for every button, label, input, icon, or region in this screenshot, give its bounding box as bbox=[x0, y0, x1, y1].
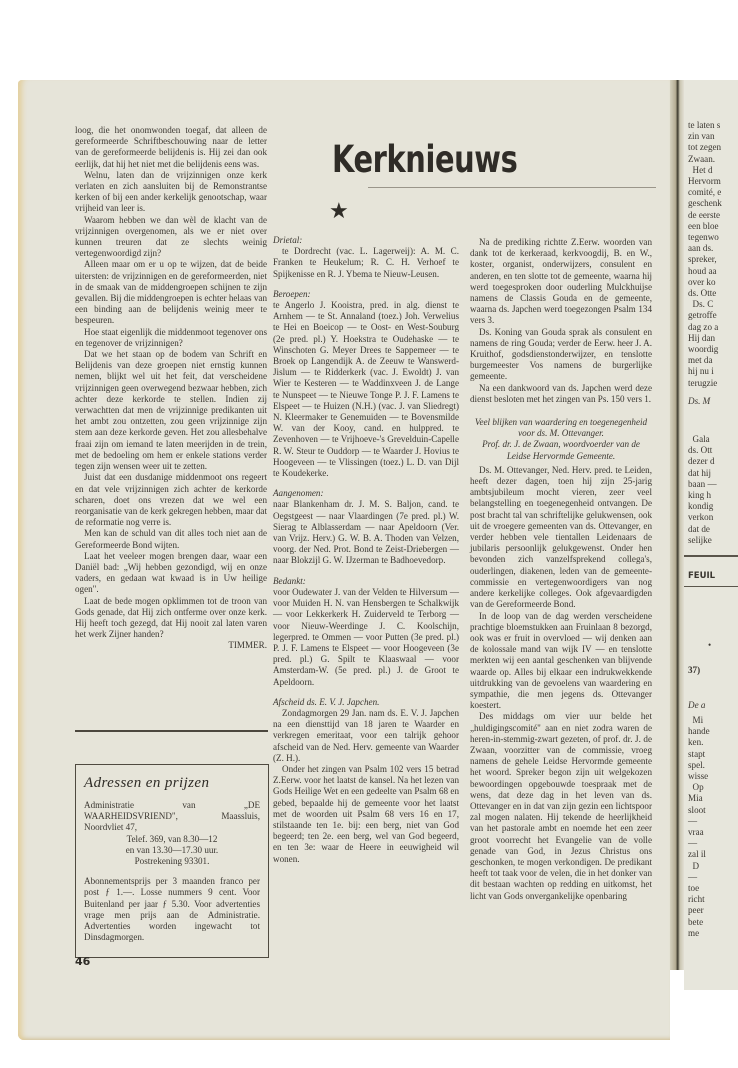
article-subheading-zwaan: Prof. dr. J. de Zwaan, woordvoerder van … bbox=[470, 439, 652, 461]
paragraph: Alleen maar om er u op te wijzen, dat de… bbox=[75, 259, 267, 326]
feuilleton-label: FEUIL bbox=[688, 571, 715, 581]
paragraph: Juist dat een dusdanige middenmoot ons r… bbox=[75, 472, 267, 528]
text-line-fragment: sloot bbox=[688, 805, 710, 816]
text-line-fragment: Mi bbox=[688, 715, 710, 726]
next-page-italic-line-2: De a bbox=[688, 700, 705, 711]
paragraph: Laat de bede mogen opklimmen tot de troo… bbox=[75, 596, 267, 641]
page-number: 46 bbox=[75, 955, 90, 968]
chapter-number: 37) bbox=[688, 665, 700, 676]
section-heading-bedankt: Bedankt: bbox=[273, 576, 459, 587]
text-line-fragment: dat de bbox=[688, 524, 717, 535]
aangenomen-text: naar Blankenham dr. J. M. S. Baljon, can… bbox=[273, 499, 459, 566]
text-line-fragment: Zwaan. bbox=[688, 154, 722, 165]
paragraph: Ds. Koning van Gouda sprak als consulent… bbox=[470, 327, 652, 383]
text-line-fragment: kondig bbox=[688, 501, 717, 512]
column-divider bbox=[75, 730, 268, 732]
paragraph: Na de prediking richtte Z.Eerw. woorden … bbox=[470, 237, 652, 327]
section-heading-afscheid: Afscheid ds. E. V. J. Japchen. bbox=[273, 697, 459, 708]
text-line-fragment: toe bbox=[688, 883, 710, 894]
text-line-fragment: spel. bbox=[688, 760, 710, 771]
paragraph: Waarom hebben we dan wèl de klacht van d… bbox=[75, 215, 267, 260]
text-line-fragment: ken. bbox=[688, 737, 710, 748]
text-line-fragment: — bbox=[688, 838, 710, 849]
text-line-fragment: met da bbox=[688, 355, 722, 366]
text-line-fragment: Ds. C bbox=[688, 299, 722, 310]
administration-address: Administratie van „DE WAARHEIDSVRIEND", … bbox=[84, 800, 260, 834]
text-line-fragment: woordig bbox=[688, 344, 722, 355]
text-line-fragment: peer bbox=[688, 905, 710, 916]
text-line-fragment: Op bbox=[688, 782, 710, 793]
text-line-fragment: houd aa bbox=[688, 266, 722, 277]
next-page-text-bottom: Mihandeken.staptspel.wisse OpMiasloot—vr… bbox=[688, 715, 710, 939]
text-line-fragment: aan ds. bbox=[688, 243, 722, 254]
next-page-text-middle: Galads. Ottdezer ddat hijbaan —king hkon… bbox=[688, 434, 717, 546]
text-line-fragment: king h bbox=[688, 490, 717, 501]
text-line-fragment: Hij dan bbox=[688, 333, 722, 344]
book-gutter bbox=[670, 80, 684, 970]
paragraph: Men kan de schuld van dit alles toch nie… bbox=[75, 528, 267, 550]
postal-account: Postrekening 93301. bbox=[84, 856, 260, 867]
text-line-fragment: terugzie bbox=[688, 378, 722, 389]
right-column: Na de prediking richtte Z.Eerw. woorden … bbox=[470, 237, 652, 902]
text-line-fragment: bete bbox=[688, 917, 710, 928]
paragraph: Na een dankwoord van ds. Japchen werd de… bbox=[470, 383, 652, 405]
paragraph: Dat we het staan op de bodem van Schrift… bbox=[75, 349, 267, 472]
bedankt-text: voor Oudewater J. van der Velden te Hilv… bbox=[273, 587, 459, 688]
text-line-fragment: over ko bbox=[688, 277, 722, 288]
paragraph: Welnu, laten dan de vrijzinnigen onze ke… bbox=[75, 170, 267, 215]
text-line-fragment: selijke bbox=[688, 535, 717, 546]
text-line-fragment: richt bbox=[688, 894, 710, 905]
next-page-text-top: te laten szin vantot zegenZwaan. Het dHe… bbox=[688, 120, 722, 389]
text-line-fragment: D bbox=[688, 861, 710, 872]
author-signature: TIMMER. bbox=[228, 640, 267, 651]
text-line-fragment: te laten s bbox=[688, 120, 722, 131]
text-line-fragment: de eerste bbox=[688, 210, 722, 221]
text-line-fragment: dag zo a bbox=[688, 322, 722, 333]
text-line-fragment: hande bbox=[688, 726, 710, 737]
next-page-fragment: te laten szin vantot zegenZwaan. Het dHe… bbox=[684, 80, 738, 990]
text-line-fragment: spreker, bbox=[688, 254, 722, 265]
text-line-fragment: me bbox=[688, 928, 710, 939]
afternoon-hours: en van 13.30—17.30 uur. bbox=[84, 845, 260, 856]
text-line-fragment: verkon bbox=[688, 512, 717, 523]
text-line-fragment: dezer d bbox=[688, 456, 717, 467]
text-line-fragment: tot zegen bbox=[688, 142, 722, 153]
paragraph: Laat het veeleer mogen brengen daar, waa… bbox=[75, 551, 267, 596]
section-heading-drietal: Drietal: bbox=[273, 235, 459, 246]
text-line-fragment: dat hij bbox=[688, 468, 717, 479]
paragraph: Ds. M. Ottevanger, Ned. Herv. pred. te L… bbox=[470, 465, 652, 611]
phone-hours: Telef. 369, van 8.30—12 bbox=[84, 834, 260, 845]
text-line-fragment: Mia bbox=[688, 793, 710, 804]
left-column: loog, die het onomwonden toegaf, dat all… bbox=[75, 125, 267, 652]
text-line-fragment: Gala bbox=[688, 434, 717, 445]
text-line-fragment: een bloe bbox=[688, 221, 722, 232]
next-page-rule bbox=[684, 555, 738, 557]
signature-line: TIMMER. bbox=[75, 640, 267, 651]
subscription-pricing: Abonnementsprijs per 3 maanden franco pe… bbox=[84, 876, 260, 943]
text-line-fragment: — bbox=[688, 816, 710, 827]
text-line-fragment: Hervorm bbox=[688, 176, 722, 187]
text-line-fragment: zal il bbox=[688, 849, 710, 860]
addresses-prices-box: Adressen en prijzen Administratie van „D… bbox=[75, 764, 269, 958]
text-line-fragment: getroffe bbox=[688, 310, 722, 321]
paragraph: Des middags om vier uur belde het „huldi… bbox=[470, 711, 652, 901]
next-page-italic-line: Ds. M bbox=[688, 396, 710, 407]
text-line-fragment: vraa bbox=[688, 827, 710, 838]
middle-column: Drietal: te Dordrecht (vac. L. Lagerweij… bbox=[273, 235, 459, 865]
text-line-fragment: wisse bbox=[688, 771, 710, 782]
drietal-text: te Dordrecht (vac. L. Lagerweij): A. M. … bbox=[273, 246, 459, 280]
title-underline bbox=[368, 187, 656, 188]
paragraph: Zondagmorgen 29 Jan. nam ds. E. V. J. Ja… bbox=[273, 708, 459, 764]
box-title: Adressen en prijzen bbox=[84, 775, 260, 792]
star-icon: ★ bbox=[329, 199, 349, 224]
text-line-fragment: Het d bbox=[688, 165, 722, 176]
paragraph: In de loop van de dag werden verscheiden… bbox=[470, 611, 652, 712]
next-page-rule-thin bbox=[684, 586, 738, 587]
text-line-fragment: ds. Ott bbox=[688, 445, 717, 456]
text-line-fragment: comité, e bbox=[688, 187, 722, 198]
section-heading-aangenomen: Aangenomen: bbox=[273, 488, 459, 499]
paragraph: Onder het zingen van Psalm 102 vers 15 b… bbox=[273, 764, 459, 865]
text-line-fragment: stapt bbox=[688, 749, 710, 760]
text-line-fragment: tegenwo bbox=[688, 232, 722, 243]
text-line-fragment: geschenk bbox=[688, 198, 722, 209]
text-line-fragment: ds. Otte bbox=[688, 288, 722, 299]
text-line-fragment: hij nu i bbox=[688, 366, 722, 377]
section-heading-beroepen: Beroepen: bbox=[273, 289, 459, 300]
text-line-fragment: zin van bbox=[688, 131, 722, 142]
text-line-fragment: baan — bbox=[688, 479, 717, 490]
beroepen-text: te Angerlo J. Kooistra, pred. in alg. di… bbox=[273, 300, 459, 479]
text-line-fragment: — bbox=[688, 872, 710, 883]
article-heading-ottevanger: Veel blijken van waardering en toegenege… bbox=[470, 417, 652, 439]
paragraph: loog, die het onomwonden toegaf, dat all… bbox=[75, 125, 267, 170]
bullet-dot: • bbox=[708, 640, 711, 651]
page-title: Kerknieuws bbox=[332, 138, 582, 181]
paragraph: Hoe staat eigenlijk die middenmoot tegen… bbox=[75, 327, 267, 349]
